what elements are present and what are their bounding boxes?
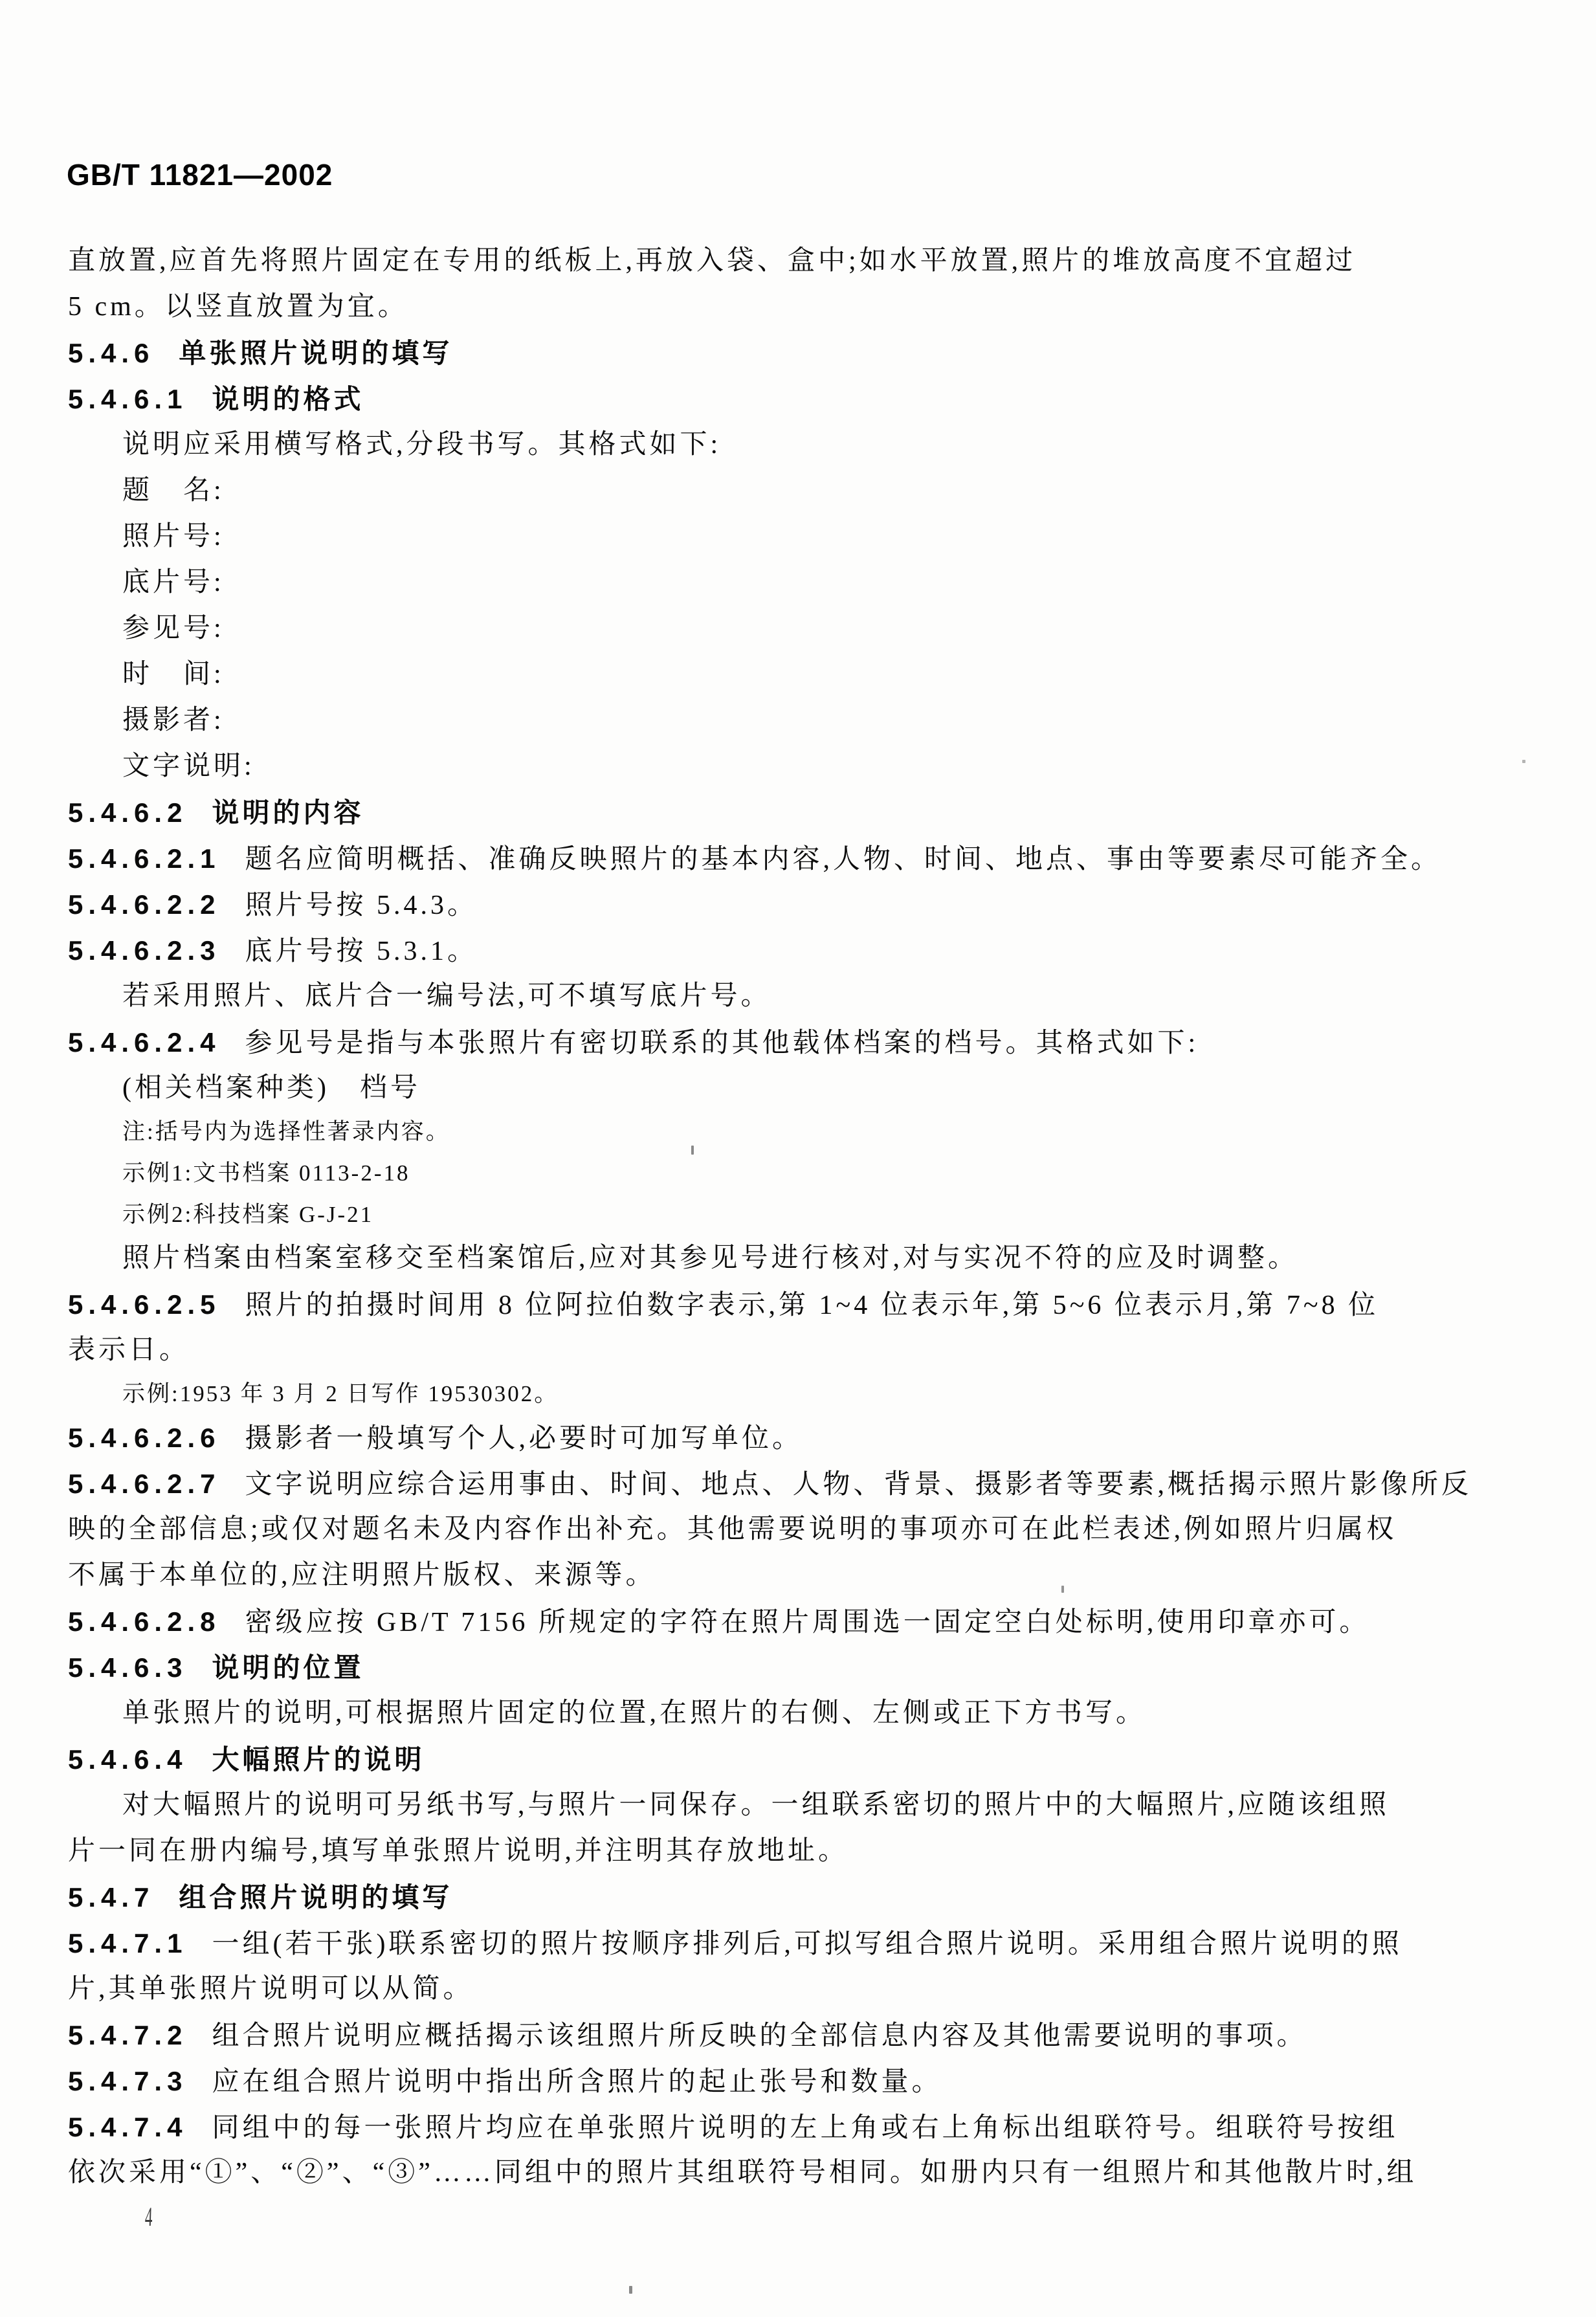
heading-text: 组合照片说明的填写 bbox=[179, 1882, 452, 1912]
line-text: 示例1:文书档案 0113-2-18 bbox=[122, 1160, 410, 1186]
clause-paragraph: 5.4.6.2.8密级应按 GB/T 7156 所规定的字符在照片周围选一固定空… bbox=[68, 1599, 1544, 1645]
paragraph-line: 不属于本单位的,应注明照片版权、来源等。 bbox=[68, 1553, 1544, 1599]
paragraph-line: 说明应采用横写格式,分段书写。其格式如下: bbox=[68, 422, 1544, 468]
paragraph-line: 照片档案由档案室移交至档案馆后,应对其参见号进行核对,对与实况不符的应及时调整。 bbox=[68, 1236, 1544, 1281]
clause-paragraph: 5.4.7.3应在组合照片说明中指出所含照片的起止张号和数量。 bbox=[68, 2058, 1544, 2104]
clause-number: 5.4.6.2.5 bbox=[68, 1289, 220, 1320]
line-text: 照片号: bbox=[122, 522, 225, 551]
form-field-label: 参见号: bbox=[68, 606, 1544, 652]
scan-speck bbox=[1061, 1586, 1064, 1593]
clause-paragraph: 5.4.7.4同组中的每一张照片均应在单张照片说明的左上角或右上角标出组联符号。… bbox=[68, 2104, 1544, 2150]
form-field-label: 照片号: bbox=[68, 514, 1544, 560]
clause-number: 5.4.7.2 bbox=[68, 2020, 187, 2050]
clause-paragraph: 5.4.7.2组合照片说明应概括揭示该组照片所反映的全部信息内容及其他需要说明的… bbox=[68, 2012, 1544, 2058]
document-body: 直放置,应首先将照片固定在专用的纸板上,再放入袋、盒中;如水平放置,照片的堆放高… bbox=[68, 238, 1544, 2196]
section-heading: 5.4.6.1说明的格式 bbox=[68, 376, 1544, 422]
line-text: 参见号: bbox=[122, 614, 225, 643]
line-text: 题名应简明概括、准确反映照片的基本内容,人物、时间、地点、事由等要素尽可能齐全。 bbox=[245, 845, 1441, 874]
line-text: 底片号: bbox=[122, 568, 225, 597]
section-heading: 5.4.6.3说明的位置 bbox=[68, 1645, 1544, 1691]
example-line: 示例:1953 年 3 月 2 日写作 19530302。 bbox=[68, 1373, 1544, 1415]
paragraph-line: 对大幅照片的说明可另纸书写,与照片一同保存。一组联系密切的照片中的大幅照片,应随… bbox=[68, 1782, 1544, 1828]
paragraph-line: 映的全部信息;或仅对题名未及内容作出补充。其他需要说明的事项亦可在此栏表述,例如… bbox=[68, 1507, 1544, 1553]
clause-paragraph: 5.4.7.1一组(若干张)联系密切的照片按顺序排列后,可拟写组合照片说明。采用… bbox=[68, 1920, 1544, 1966]
scan-speck bbox=[691, 1146, 694, 1155]
line-text: 片,其单张照片说明可以从简。 bbox=[68, 1974, 474, 2004]
line-text: 注:括号内为选择性著录内容。 bbox=[122, 1119, 450, 1144]
form-field-label: 时 间: bbox=[68, 652, 1544, 698]
line-text: 照片档案由档案室移交至档案馆后,应对其参见号进行核对,对与实况不符的应及时调整。 bbox=[122, 1243, 1298, 1273]
paragraph-line: 5 cm。以竖直放置为宜。 bbox=[68, 284, 1544, 330]
clause-number: 5.4.6.2.3 bbox=[68, 935, 220, 966]
heading-text: 说明的格式 bbox=[212, 384, 364, 414]
line-text: 密级应按 GB/T 7156 所规定的字符在照片周围选一固定空白处标明,使用印章… bbox=[245, 1608, 1369, 1637]
clause-paragraph: 5.4.6.2.6摄影者一般填写个人,必要时可加写单位。 bbox=[68, 1415, 1544, 1461]
form-field-label: 题 名: bbox=[68, 468, 1544, 514]
line-text: 题 名: bbox=[122, 476, 225, 505]
form-field-label: 文字说明: bbox=[68, 744, 1544, 790]
line-text: 文字说明应综合运用事由、时间、地点、人物、背景、摄影者等要素,概括揭示照片影像所… bbox=[245, 1470, 1472, 1500]
clause-number: 5.4.7.4 bbox=[68, 2112, 187, 2142]
paragraph-line: 片,其单张照片说明可以从简。 bbox=[68, 1966, 1544, 2012]
clause-paragraph: 5.4.6.2.2照片号按 5.4.3。 bbox=[68, 881, 1544, 927]
paragraph-line: 若采用照片、底片合一编号法,可不填写底片号。 bbox=[68, 973, 1544, 1019]
heading-text: 说明的位置 bbox=[212, 1652, 364, 1683]
section-heading: 5.4.6单张照片说明的填写 bbox=[68, 330, 1544, 376]
line-text: 对大幅照片的说明可另纸书写,与照片一同保存。一组联系密切的照片中的大幅照片,应随… bbox=[122, 1790, 1390, 1820]
line-text: 时 间: bbox=[122, 660, 225, 689]
line-text: 照片的拍摄时间用 8 位阿拉伯数字表示,第 1~4 位表示年,第 5~6 位表示… bbox=[245, 1291, 1379, 1320]
section-heading: 5.4.6.4大幅照片的说明 bbox=[68, 1736, 1544, 1782]
line-text: 说明应采用横写格式,分段书写。其格式如下: bbox=[122, 430, 721, 460]
clause-paragraph: 5.4.6.2.4参见号是指与本张照片有密切联系的其他载体档案的档号。其格式如下… bbox=[68, 1019, 1544, 1065]
line-text: 表示日。 bbox=[68, 1335, 190, 1365]
scan-speck bbox=[1522, 760, 1525, 763]
line-text: 摄影者一般填写个人,必要时可加写单位。 bbox=[245, 1424, 803, 1454]
line-text: 若采用照片、底片合一编号法,可不填写底片号。 bbox=[122, 981, 771, 1011]
form-field-label: 摄影者: bbox=[68, 698, 1544, 744]
line-text: 摄影者: bbox=[122, 705, 225, 735]
clause-number: 5.4.7.3 bbox=[68, 2066, 187, 2096]
line-text: 照片号按 5.4.3。 bbox=[245, 891, 478, 920]
paragraph-line: 单张照片的说明,可根据照片固定的位置,在照片的右侧、左侧或正下方书写。 bbox=[68, 1691, 1544, 1736]
page-number: 4 bbox=[144, 2202, 153, 2233]
clause-number: 5.4.6.2 bbox=[68, 797, 187, 828]
line-text: 文字说明: bbox=[122, 751, 255, 781]
line-text: 映的全部信息;或仅对题名未及内容作出补充。其他需要说明的事项亦可在此栏表述,例如… bbox=[68, 1514, 1397, 1544]
example-line: 示例1:文书档案 0113-2-18 bbox=[68, 1153, 1544, 1194]
clause-number: 5.4.6.2.4 bbox=[68, 1027, 220, 1058]
clause-number: 5.4.6.2.2 bbox=[68, 889, 220, 920]
clause-number: 5.4.7.1 bbox=[68, 1928, 187, 1958]
line-text: 参见号是指与本张照片有密切联系的其他载体档案的档号。其格式如下: bbox=[245, 1028, 1199, 1058]
note-line: 注:括号内为选择性著录内容。 bbox=[68, 1111, 1544, 1153]
heading-text: 大幅照片的说明 bbox=[212, 1744, 425, 1775]
line-text: 示例2:科技档案 G-J-21 bbox=[122, 1202, 373, 1227]
clause-number: 5.4.6.2.6 bbox=[68, 1423, 220, 1453]
scan-speck bbox=[629, 2286, 632, 2294]
clause-paragraph: 5.4.6.2.7文字说明应综合运用事由、时间、地点、人物、背景、摄影者等要素,… bbox=[68, 1461, 1544, 1507]
clause-number: 5.4.6.3 bbox=[68, 1652, 187, 1683]
section-heading: 5.4.6.2说明的内容 bbox=[68, 790, 1544, 836]
clause-number: 5.4.6.2.1 bbox=[68, 843, 220, 874]
clause-paragraph: 5.4.6.2.1题名应简明概括、准确反映照片的基本内容,人物、时间、地点、事由… bbox=[68, 836, 1544, 881]
clause-number: 5.4.6.1 bbox=[68, 384, 187, 414]
clause-number: 5.4.6.2.8 bbox=[68, 1606, 220, 1637]
heading-text: 说明的内容 bbox=[212, 797, 364, 828]
paragraph-line: 直放置,应首先将照片固定在专用的纸板上,再放入袋、盒中;如水平放置,照片的堆放高… bbox=[68, 238, 1544, 284]
section-heading: 5.4.7组合照片说明的填写 bbox=[68, 1874, 1544, 1920]
line-text: 一组(若干张)联系密切的照片按顺序排列后,可拟写组合照片说明。采用组合照片说明的… bbox=[212, 1929, 1402, 1959]
document-page: GB/T 11821—2002 直放置,应首先将照片固定在专用的纸板上,再放入袋… bbox=[0, 0, 1596, 2317]
paragraph-line: 片一同在册内编号,填写单张照片说明,并注明其存放地址。 bbox=[68, 1828, 1544, 1874]
line-text: 组合照片说明应概括揭示该组照片所反映的全部信息内容及其他需要说明的事项。 bbox=[212, 2021, 1307, 2051]
line-text: 单张照片的说明,可根据照片固定的位置,在照片的右侧、左侧或正下方书写。 bbox=[122, 1698, 1146, 1728]
line-text: 依次采用“①”、“②”、“③”……同组中的照片其组联符号相同。如册内只有一组照片… bbox=[68, 2158, 1417, 2188]
line-text: 应在组合照片说明中指出所含照片的起止张号和数量。 bbox=[212, 2067, 942, 2097]
form-field-label: 底片号: bbox=[68, 560, 1544, 606]
line-text: 示例:1953 年 3 月 2 日写作 19530302。 bbox=[122, 1381, 559, 1406]
line-text: (相关档案种类) 档号 bbox=[122, 1073, 421, 1103]
paragraph-line: 表示日。 bbox=[68, 1327, 1544, 1373]
clause-paragraph: 5.4.6.2.5照片的拍摄时间用 8 位阿拉伯数字表示,第 1~4 位表示年,… bbox=[68, 1281, 1544, 1327]
clause-number: 5.4.7 bbox=[68, 1882, 154, 1912]
example-line: 示例2:科技档案 G-J-21 bbox=[68, 1194, 1544, 1236]
line-text: 不属于本单位的,应注明照片版权、来源等。 bbox=[68, 1560, 656, 1590]
heading-text: 单张照片说明的填写 bbox=[179, 338, 452, 368]
paragraph-line: (相关档案种类) 档号 bbox=[68, 1065, 1544, 1111]
clause-number: 5.4.6.2.7 bbox=[68, 1469, 220, 1499]
line-text: 直放置,应首先将照片固定在专用的纸板上,再放入袋、盒中;如水平放置,照片的堆放高… bbox=[68, 246, 1356, 276]
clause-number: 5.4.6.4 bbox=[68, 1744, 187, 1775]
standard-number: GB/T 11821—2002 bbox=[67, 157, 333, 192]
line-text: 底片号按 5.3.1。 bbox=[245, 937, 478, 966]
clause-paragraph: 5.4.6.2.3底片号按 5.3.1。 bbox=[68, 927, 1544, 973]
line-text: 5 cm。以竖直放置为宜。 bbox=[68, 292, 408, 322]
paragraph-line: 依次采用“①”、“②”、“③”……同组中的照片其组联符号相同。如册内只有一组照片… bbox=[68, 2150, 1544, 2196]
clause-number: 5.4.6 bbox=[68, 338, 154, 368]
line-text: 同组中的每一张照片均应在单张照片说明的左上角或右上角标出组联符号。组联符号按组 bbox=[212, 2113, 1398, 2143]
line-text: 片一同在册内编号,填写单张照片说明,并注明其存放地址。 bbox=[68, 1836, 848, 1866]
